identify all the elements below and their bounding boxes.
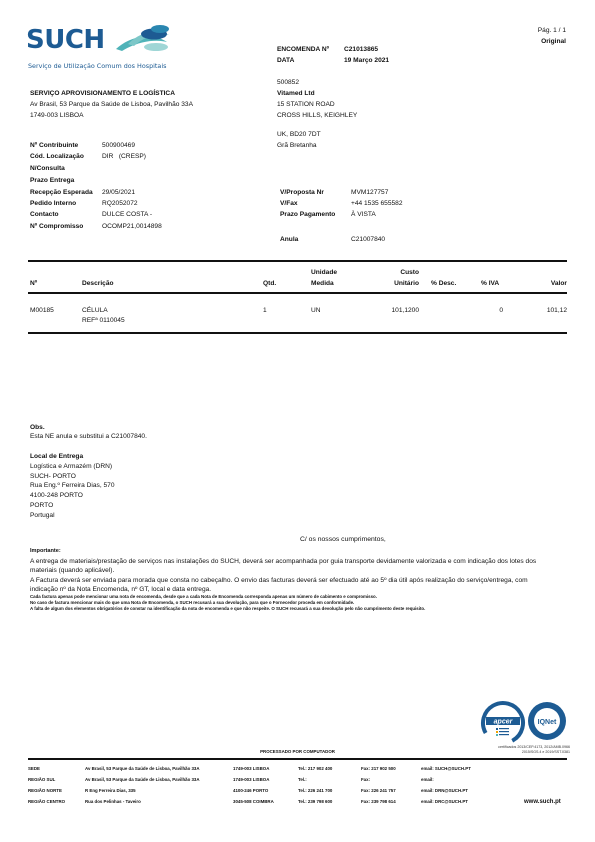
iqnet-badge-icon: IQNet — [526, 700, 568, 742]
delivery-line: PORTO — [30, 501, 53, 510]
important-line: indicação nº da Nota Encomenda, nº GT, l… — [30, 585, 211, 594]
office-tel: Tel.: 239 798 600 — [298, 799, 332, 805]
office-region: REGIÃO SUL — [28, 777, 55, 783]
website-link[interactable]: www.such.pt — [524, 798, 561, 807]
field-value: MVM127757 — [351, 188, 388, 197]
such-logo: SUCH Serviço de Utilização Comum dos Hos… — [26, 20, 186, 70]
field-value: 500900469 — [102, 141, 135, 150]
office-region: REGIÃO NORTE — [28, 788, 62, 794]
office-email[interactable]: email: DRC@SUCH.PT — [421, 799, 468, 805]
table-top-rule — [28, 260, 567, 262]
col-header-cost-1: Custo — [400, 268, 419, 277]
field-value: À VISTA — [351, 210, 376, 219]
company-address-line2: 1749-003 LISBOA — [30, 111, 84, 120]
logo-swirl-icon — [112, 22, 174, 56]
office-address: Av Brasil, 53 Parque da Saúde de Lisboa,… — [85, 777, 200, 783]
order-date-label: DATA — [277, 56, 294, 65]
important-label: Importante: — [30, 547, 61, 556]
cell-qty: 1 — [263, 306, 267, 315]
table-header-rule — [28, 292, 567, 294]
delivery-line: 4100-248 PORTO — [30, 491, 83, 500]
field-label: Cód. Localização — [30, 152, 84, 161]
supplier-code: 500852 — [277, 78, 299, 87]
apcer-badge-icon: apcer — [480, 700, 526, 746]
col-header-desc: Descrição — [82, 279, 114, 288]
supplier-address-line3: UK, BD20 7DT — [277, 130, 321, 139]
office-fax: Fax: 217 902 500 — [361, 766, 396, 772]
cell-value: 101,12 — [547, 306, 567, 315]
important-line: A falta de algum dos elementos obrigatór… — [30, 606, 425, 612]
department-name: SERVIÇO APROVISIONAMENTO E LOGÍSTICA — [30, 89, 175, 98]
table-bottom-rule — [28, 332, 567, 334]
cell-unit: UN — [311, 306, 321, 315]
delivery-line: Logística e Armazém (DRN) — [30, 462, 112, 471]
delivery-line: Rua Eng.º Ferreira Dias, 570 — [30, 481, 115, 490]
supplier-address-line2: CROSS HILLS, KEIGHLEY — [277, 111, 357, 120]
company-address-line1: Av Brasil, 53 Parque da Saúde de Lisboa,… — [30, 100, 193, 109]
svg-text:apcer: apcer — [494, 719, 514, 726]
logo-subtitle: Serviço de Utilização Comum dos Hospitai… — [28, 62, 166, 70]
office-email[interactable]: email: — [421, 777, 434, 783]
office-region: SEDE — [28, 766, 40, 772]
certification-badges: apcer IQNet certificados 2013/CEP.4173, … — [480, 700, 580, 755]
col-header-discount: % Desc. — [431, 279, 456, 288]
cell-num: M00185 — [30, 306, 54, 315]
delivery-line: Portugal — [30, 511, 55, 520]
office-postal: 3045-508 COIMBRA — [233, 799, 274, 805]
svg-text:IQNet: IQNet — [538, 719, 557, 726]
col-header-num: Nº — [30, 279, 37, 288]
field-label: Prazo Entrega — [30, 176, 74, 185]
field-value: 29/05/2021 — [102, 188, 135, 197]
supplier-address-line1: 15 STATION ROAD — [277, 100, 335, 109]
annul-label: Anula — [280, 235, 298, 244]
supplier-country: Grã Bretanha — [277, 141, 317, 150]
field-value: RQ2052072 — [102, 199, 138, 208]
field-value: OCOMP21,0014898 — [102, 222, 162, 231]
field-value: +44 1535 655582 — [351, 199, 403, 208]
col-header-unit-1: Unidade — [311, 268, 337, 277]
cell-desc-line2: REFª 0110045 — [82, 316, 125, 325]
office-address: R Eng Ferreira Dias, 335 — [85, 788, 136, 794]
processed-by-computer: PROCESSADO POR COMPUTADOR — [0, 749, 595, 755]
field-label: Prazo Pagamento — [280, 210, 335, 219]
order-number-label: ENCOMENDA Nº — [277, 45, 329, 54]
field-label: Nº Contribuinte — [30, 141, 78, 150]
obs-text: Esta NE anula e substitui a C21007840. — [30, 432, 147, 441]
field-label: Pedido Interno — [30, 199, 76, 208]
col-header-cost-2: Unitário — [394, 279, 419, 288]
field-label: V/Proposta Nr — [280, 188, 324, 197]
office-region: REGIÃO CENTRO — [28, 799, 65, 805]
important-line: No caso de factura mencionar mais do que… — [30, 600, 354, 606]
order-number: C21013865 — [344, 45, 378, 54]
office-postal: 1749-003 LISBOA — [233, 777, 269, 783]
important-line: Cada factura apenas pode mencionar uma n… — [30, 594, 377, 600]
col-header-vat: % IVA — [481, 279, 499, 288]
regards-text: C/ os nossos cumprimentos, — [300, 535, 386, 544]
cell-vat: 0 — [499, 306, 503, 315]
important-line: A Factura deverá ser enviada para morada… — [30, 576, 528, 585]
important-line: A entrega de materiais/prestação de serv… — [30, 557, 536, 566]
field-label: Nº Compromisso — [30, 222, 83, 231]
cell-desc-line1: CÉLULA — [82, 306, 108, 315]
delivery-line: SUCH- PORTO — [30, 472, 76, 481]
supplier-name: Vitamed Ltd — [277, 89, 315, 98]
office-fax: Fax: — [361, 777, 370, 783]
important-line: materiais (quando aplicável). — [30, 566, 114, 575]
office-address: Rua dos Pelinhas - Taveiro — [85, 799, 141, 805]
obs-label: Obs. — [30, 423, 45, 432]
field-label: V/Fax — [280, 199, 298, 208]
office-tel: Tel.: 217 902 400 — [298, 766, 332, 772]
annul-value: C21007840 — [351, 235, 385, 244]
page-number: Pág. 1 / 1 — [538, 26, 566, 35]
footer-rule — [28, 758, 567, 760]
logo-text: SUCH — [26, 25, 105, 55]
field-label: N/Consulta — [30, 164, 65, 173]
office-tel: Tel.: — [298, 777, 307, 783]
office-postal: 1749-003 LISBOA — [233, 766, 269, 772]
field-label: Contacto — [30, 210, 59, 219]
field-label: Recepção Esperada — [30, 188, 93, 197]
field-value: DIR (CRESP) — [102, 152, 146, 161]
col-header-qty: Qtd. — [263, 279, 276, 288]
office-fax: Fax: 239 798 614 — [361, 799, 396, 805]
field-value: DULCE COSTA - — [102, 210, 152, 219]
office-email[interactable]: email: DRN@SUCH.PT — [421, 788, 468, 794]
office-tel: Tel.: 226 241 700 — [298, 788, 332, 794]
office-fax: Fax: 226 241 757 — [361, 788, 396, 794]
delivery-label: Local de Entrega — [30, 452, 83, 461]
order-date: 19 Março 2021 — [344, 56, 389, 65]
col-header-value: Valor — [551, 279, 567, 288]
office-postal: 4100-246 PORTO — [233, 788, 268, 794]
col-header-unit-2: Medida — [311, 279, 334, 288]
copy-type: Original — [541, 37, 566, 46]
office-address: Av Brasil, 53 Parque da Saúde de Lisboa,… — [85, 766, 200, 772]
office-email[interactable]: email: SUCH@SUCH.PT — [421, 766, 471, 772]
cell-cost: 101,1200 — [391, 306, 419, 315]
